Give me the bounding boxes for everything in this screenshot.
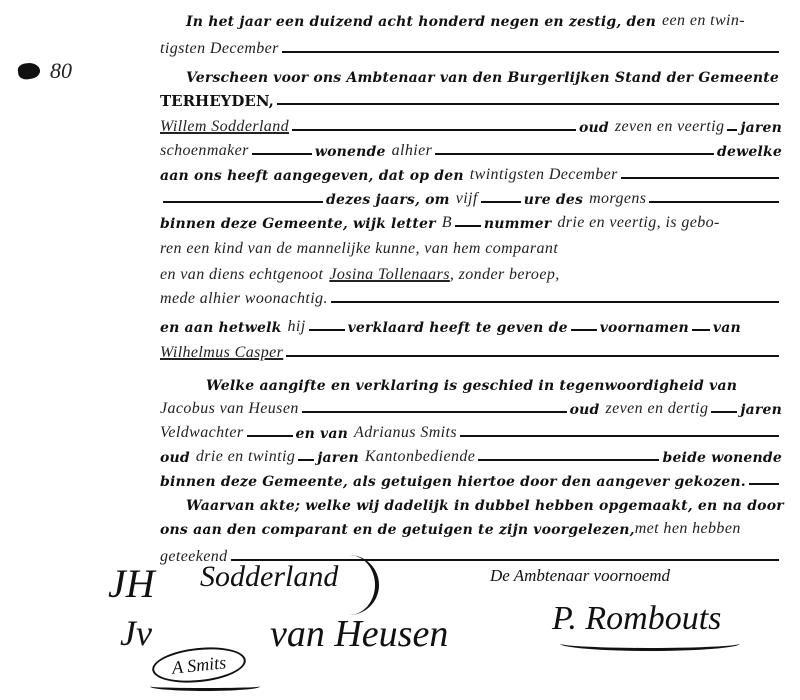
signature-witness-1-prefix: Jv <box>120 612 152 654</box>
fill-line <box>331 301 779 303</box>
signature-official: P. Rombouts <box>552 600 721 638</box>
fill-line <box>247 435 293 437</box>
printed-text: In het jaar een duizend acht honderd neg… <box>186 14 656 30</box>
fill-line <box>309 329 345 331</box>
official-note: De Ambtenaar voornoemd <box>490 566 670 586</box>
fill-line <box>435 153 714 155</box>
handwritten-text: met hen hebben <box>635 520 741 538</box>
line-12: mede alhier woonachtig. <box>160 280 782 308</box>
fill-line <box>292 129 576 131</box>
child-given-names: Wilhelmus Casper <box>160 344 283 362</box>
fill-line <box>252 153 312 155</box>
handwritten-date: een en twin- <box>662 12 745 30</box>
fill-line <box>298 459 314 461</box>
line-2: tigsten December <box>160 30 782 58</box>
line-14: Wilhelmus Casper <box>160 334 782 362</box>
fill-line <box>571 329 597 331</box>
line-13: en aan hetwelk hij verklaard heeft te ge… <box>160 308 782 336</box>
line-1: In het jaar een duizend acht honderd neg… <box>160 2 782 30</box>
ink-blot-no-mark-icon <box>17 62 41 81</box>
fill-line <box>481 201 521 203</box>
fill-line <box>711 411 737 413</box>
fill-line <box>460 435 779 437</box>
fill-line <box>286 355 779 357</box>
fill-line <box>749 483 779 485</box>
document-page: 80 In het jaar een duizend acht honderd … <box>0 0 800 700</box>
signature-witness-1: van Heusen <box>270 612 448 656</box>
fill-line <box>727 129 737 131</box>
fill-line <box>163 201 323 203</box>
line-9: binnen deze Gemeente, wijk letter B numm… <box>160 204 782 232</box>
signature-witness-2: A Smits <box>171 652 227 679</box>
line-4: TERHEYDEN, <box>160 82 782 110</box>
line-21: ons aan den comparant en de getuigen te … <box>160 510 782 538</box>
fill-line <box>621 177 779 179</box>
fill-line <box>478 459 659 461</box>
fill-line <box>692 329 710 331</box>
line-10: ren een kind van de mannelijke kunne, va… <box>160 230 782 258</box>
signature-flourish-icon <box>560 636 740 651</box>
handwritten-text: mede alhier woonachtig. <box>160 290 328 308</box>
fill-line <box>302 411 567 413</box>
signature-left-initials: JH <box>108 560 155 607</box>
handwritten-date: tigsten December <box>160 40 279 58</box>
record-number: 80 <box>50 58 72 84</box>
fill-line <box>649 201 779 203</box>
margin-record-number: 80 <box>18 58 72 84</box>
printed-text: ons aan den comparant en de getuigen te … <box>160 522 635 538</box>
fill-line <box>455 225 481 227</box>
fill-line <box>282 51 779 53</box>
signature-declarant: Sodderland <box>200 560 338 594</box>
signature-witness-2-oval: A Smits <box>150 643 247 687</box>
signature-underline-icon <box>150 682 260 691</box>
fill-line <box>277 103 779 105</box>
